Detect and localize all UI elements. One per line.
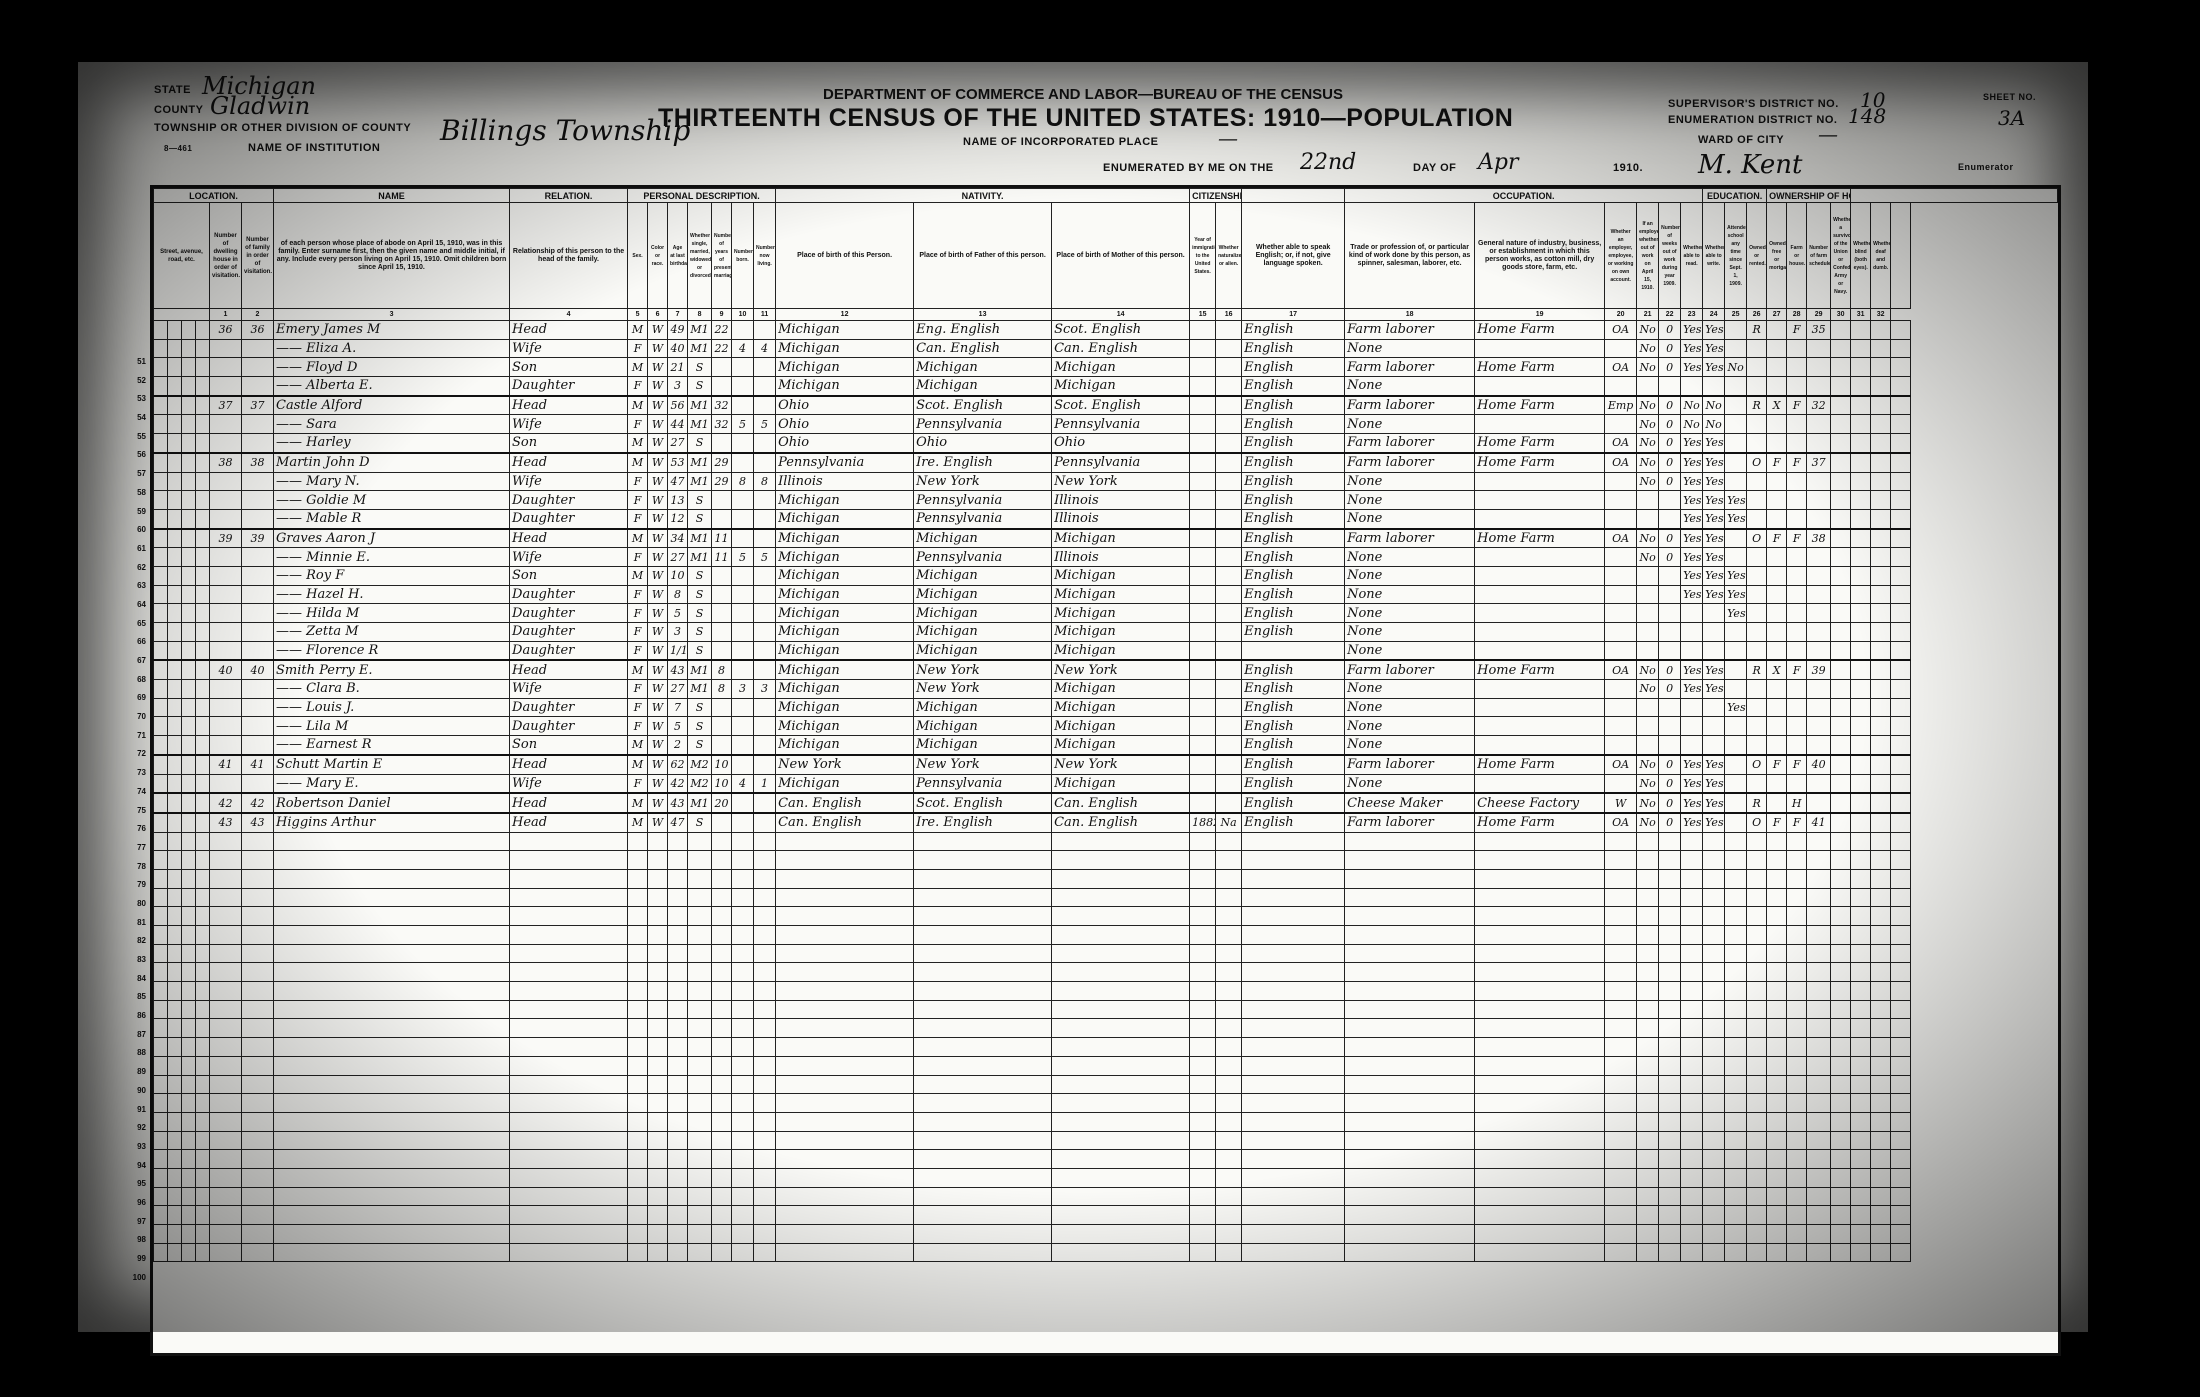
extra-cell bbox=[1871, 774, 1891, 793]
col-out-of-work: If an employee, whether out of work on A… bbox=[1637, 203, 1659, 309]
dwelling-cell bbox=[210, 736, 242, 755]
father-cell: New York bbox=[914, 755, 1052, 774]
sched-cell bbox=[1807, 698, 1831, 717]
table-row: —— Earnest RSonMW2SMichiganMichiganMichi… bbox=[154, 736, 2058, 755]
birth-cell: Michigan bbox=[776, 641, 914, 660]
free-cell: F bbox=[1767, 529, 1787, 548]
sex-cell: M bbox=[628, 566, 648, 585]
trade-cell: Farm laborer bbox=[1345, 529, 1475, 548]
father-cell: Ire. English bbox=[914, 453, 1052, 472]
living-cell bbox=[754, 660, 776, 679]
street-cell bbox=[154, 774, 168, 793]
street-cell bbox=[182, 453, 196, 472]
years-cell: 22 bbox=[712, 339, 732, 358]
group-language bbox=[1242, 189, 1345, 203]
read-cell: Yes bbox=[1681, 472, 1703, 491]
column-number: 18 bbox=[1345, 309, 1475, 321]
mother-cell: Michigan bbox=[1052, 717, 1190, 736]
sex-cell: M bbox=[628, 358, 648, 377]
street-cell bbox=[168, 660, 182, 679]
mother-cell: New York bbox=[1052, 660, 1190, 679]
street-cell bbox=[168, 491, 182, 510]
street-cell bbox=[196, 358, 210, 377]
extra-cell bbox=[1891, 604, 1911, 623]
years-cell bbox=[712, 641, 732, 660]
mother-cell: Pennsylvania bbox=[1052, 415, 1190, 434]
line-number: 100 bbox=[118, 1269, 146, 1288]
name-cell: —— Eliza A. bbox=[274, 339, 510, 358]
born-cell bbox=[732, 434, 754, 453]
relation-cell: Daughter bbox=[510, 717, 628, 736]
farm-cell bbox=[1787, 548, 1807, 567]
column-number: 11 bbox=[754, 309, 776, 321]
free-cell bbox=[1767, 623, 1787, 642]
race-cell: W bbox=[648, 717, 668, 736]
birth-cell: Michigan bbox=[776, 548, 914, 567]
farm-cell: H bbox=[1787, 793, 1807, 813]
extra-cell bbox=[1851, 641, 1871, 660]
oow-cell: No bbox=[1637, 660, 1659, 679]
years-cell: 22 bbox=[712, 321, 732, 340]
free-cell bbox=[1767, 774, 1787, 793]
extra-cell bbox=[1871, 698, 1891, 717]
blank-row bbox=[154, 1056, 2058, 1075]
blank-row bbox=[154, 1000, 2058, 1019]
birth-cell: Michigan bbox=[776, 321, 914, 340]
name-cell: Smith Perry E. bbox=[274, 660, 510, 679]
emp-cell: OA bbox=[1605, 660, 1637, 679]
extra-cell bbox=[1891, 660, 1911, 679]
write-cell: Yes bbox=[1703, 321, 1725, 340]
immig-cell bbox=[1190, 623, 1216, 642]
trade-cell: None bbox=[1345, 548, 1475, 567]
emp-cell bbox=[1605, 377, 1637, 396]
years-cell bbox=[712, 585, 732, 604]
street-cell bbox=[154, 377, 168, 396]
race-cell: W bbox=[648, 491, 668, 510]
wk-cell bbox=[1659, 604, 1681, 623]
father-cell: New York bbox=[914, 680, 1052, 699]
sch-cell: No bbox=[1725, 358, 1747, 377]
sex-cell: F bbox=[628, 548, 648, 567]
industry-cell: Home Farm bbox=[1475, 453, 1605, 472]
born-cell bbox=[732, 491, 754, 510]
write-cell: Yes bbox=[1703, 548, 1725, 567]
sch-cell: Yes bbox=[1725, 491, 1747, 510]
marital-cell: S bbox=[688, 717, 712, 736]
group-nativity: NATIVITY. bbox=[776, 189, 1190, 203]
family-cell: 42 bbox=[242, 793, 274, 813]
own-cell: O bbox=[1747, 813, 1767, 832]
table-row: —— HarleySonMW27SOhioOhioOhioEnglishFarm… bbox=[154, 434, 2058, 453]
extra-cell bbox=[1871, 415, 1891, 434]
institution-label: NAME OF INSTITUTION bbox=[248, 142, 380, 154]
born-cell bbox=[732, 755, 754, 774]
relation-cell: Head bbox=[510, 529, 628, 548]
street-cell bbox=[182, 641, 196, 660]
extra-cell bbox=[1831, 339, 1851, 358]
father-cell: Michigan bbox=[914, 736, 1052, 755]
extra-cell bbox=[1831, 377, 1851, 396]
street-cell bbox=[154, 793, 168, 813]
sched-cell: 41 bbox=[1807, 813, 1831, 832]
street-cell bbox=[182, 321, 196, 340]
census-sheet: STATE Michigan COUNTY Gladwin TOWNSHIP O… bbox=[78, 62, 2088, 1332]
race-cell: W bbox=[648, 377, 668, 396]
wk-cell: 0 bbox=[1659, 548, 1681, 567]
line-number: 72 bbox=[118, 745, 146, 764]
race-cell: W bbox=[648, 358, 668, 377]
table-row: —— Louis J.DaughterFW7SMichiganMichiganM… bbox=[154, 698, 2058, 717]
lang-cell: English bbox=[1242, 529, 1345, 548]
street-cell bbox=[196, 755, 210, 774]
years-cell bbox=[712, 623, 732, 642]
extra-cell bbox=[1891, 321, 1911, 340]
relation-cell: Son bbox=[510, 566, 628, 585]
family-cell bbox=[242, 566, 274, 585]
marital-cell: M1 bbox=[688, 793, 712, 813]
extra-cell bbox=[1851, 813, 1871, 832]
extra-cell bbox=[1891, 548, 1911, 567]
line-number: 78 bbox=[118, 858, 146, 877]
lang-cell: English bbox=[1242, 377, 1345, 396]
name-cell: Schutt Martin E bbox=[274, 755, 510, 774]
marital-cell: S bbox=[688, 566, 712, 585]
extra-cell bbox=[1871, 434, 1891, 453]
industry-cell bbox=[1475, 472, 1605, 491]
mother-cell: Michigan bbox=[1052, 698, 1190, 717]
sch-cell: Yes bbox=[1725, 698, 1747, 717]
marital-cell: S bbox=[688, 604, 712, 623]
trade-cell: None bbox=[1345, 774, 1475, 793]
sch-cell bbox=[1725, 813, 1747, 832]
column-number: 1 bbox=[210, 309, 242, 321]
read-cell: Yes bbox=[1681, 321, 1703, 340]
read-cell: Yes bbox=[1681, 509, 1703, 528]
extra-cell bbox=[1831, 698, 1851, 717]
col-age: Age at last birthday. bbox=[668, 203, 688, 309]
trade-cell: None bbox=[1345, 641, 1475, 660]
free-cell bbox=[1767, 604, 1787, 623]
sex-cell: M bbox=[628, 321, 648, 340]
day-of-label: DAY OF bbox=[1413, 162, 1456, 174]
line-number: 63 bbox=[118, 577, 146, 596]
group-name: NAME bbox=[274, 189, 510, 203]
extra-cell bbox=[1871, 396, 1891, 415]
years-cell bbox=[712, 434, 732, 453]
wk-cell bbox=[1659, 623, 1681, 642]
column-number: 12 bbox=[776, 309, 914, 321]
born-cell bbox=[732, 604, 754, 623]
dwelling-cell: 38 bbox=[210, 453, 242, 472]
street-cell bbox=[168, 548, 182, 567]
street-cell bbox=[182, 717, 196, 736]
years-cell bbox=[712, 377, 732, 396]
marital-cell: S bbox=[688, 585, 712, 604]
table-row: —— SaraWifeFW44M13255OhioPennsylvaniaPen… bbox=[154, 415, 2058, 434]
immig-cell bbox=[1190, 641, 1216, 660]
street-cell bbox=[154, 529, 168, 548]
born-cell bbox=[732, 717, 754, 736]
born-cell: 5 bbox=[732, 548, 754, 567]
own-cell bbox=[1747, 472, 1767, 491]
sch-cell bbox=[1725, 529, 1747, 548]
name-cell: —— Clara B. bbox=[274, 680, 510, 699]
dwelling-cell bbox=[210, 680, 242, 699]
born-cell: 8 bbox=[732, 472, 754, 491]
wk-cell: 0 bbox=[1659, 529, 1681, 548]
born-cell bbox=[732, 698, 754, 717]
own-cell bbox=[1747, 339, 1767, 358]
col-birth-person: Place of birth of this Person. bbox=[776, 203, 914, 309]
family-cell bbox=[242, 509, 274, 528]
age-cell: 27 bbox=[668, 680, 688, 699]
col-free: Owned free or mortgaged. bbox=[1767, 203, 1787, 309]
name-cell: —— Harley bbox=[274, 434, 510, 453]
sex-cell: F bbox=[628, 680, 648, 699]
name-cell: Castle Alford bbox=[274, 396, 510, 415]
write-cell: Yes bbox=[1703, 680, 1725, 699]
street-cell bbox=[168, 377, 182, 396]
free-cell bbox=[1767, 548, 1787, 567]
oow-cell: No bbox=[1637, 415, 1659, 434]
line-number: 58 bbox=[118, 484, 146, 503]
lang-cell: English bbox=[1242, 415, 1345, 434]
street-cell bbox=[168, 604, 182, 623]
col-years-married: Number of years of present marriage. bbox=[712, 203, 732, 309]
mother-cell: Michigan bbox=[1052, 604, 1190, 623]
emp-cell bbox=[1605, 774, 1637, 793]
line-number: 53 bbox=[118, 390, 146, 409]
lang-cell: English bbox=[1242, 358, 1345, 377]
extra-cell bbox=[1891, 641, 1911, 660]
living-cell bbox=[754, 566, 776, 585]
column-number: 6 bbox=[648, 309, 668, 321]
race-cell: W bbox=[648, 813, 668, 832]
nat-cell bbox=[1216, 548, 1242, 567]
line-number: 56 bbox=[118, 446, 146, 465]
oow-cell: No bbox=[1637, 434, 1659, 453]
sex-cell: F bbox=[628, 623, 648, 642]
ward-label: WARD OF CITY bbox=[1698, 134, 1784, 146]
born-cell bbox=[732, 660, 754, 679]
column-number: 19 bbox=[1475, 309, 1605, 321]
enumeration-district-label: ENUMERATION DISTRICT NO. bbox=[1668, 114, 1837, 126]
born-cell: 4 bbox=[732, 774, 754, 793]
born-cell bbox=[732, 377, 754, 396]
age-cell: 40 bbox=[668, 339, 688, 358]
free-cell bbox=[1767, 321, 1787, 340]
nat-cell bbox=[1216, 623, 1242, 642]
wk-cell bbox=[1659, 585, 1681, 604]
street-cell bbox=[182, 623, 196, 642]
father-cell: Can. English bbox=[914, 339, 1052, 358]
col-family: Number of family in order of visitation. bbox=[242, 203, 274, 309]
father-cell: Scot. English bbox=[914, 793, 1052, 813]
mother-cell: Michigan bbox=[1052, 680, 1190, 699]
own-cell bbox=[1747, 736, 1767, 755]
line-number: 70 bbox=[118, 708, 146, 727]
group-ownership: OWNERSHIP OF HOME. bbox=[1767, 189, 1851, 203]
street-cell bbox=[182, 529, 196, 548]
wk-cell bbox=[1659, 377, 1681, 396]
emp-cell: OA bbox=[1605, 434, 1637, 453]
sched-cell bbox=[1807, 472, 1831, 491]
age-cell: 47 bbox=[668, 813, 688, 832]
extra-cell bbox=[1891, 680, 1911, 699]
family-cell bbox=[242, 548, 274, 567]
father-cell: Ohio bbox=[914, 434, 1052, 453]
marital-cell: S bbox=[688, 813, 712, 832]
table-row: 3939Graves Aaron JHeadMW34M111MichiganMi… bbox=[154, 529, 2058, 548]
sex-cell: M bbox=[628, 736, 648, 755]
street-cell bbox=[168, 623, 182, 642]
dwelling-cell: 43 bbox=[210, 813, 242, 832]
extra-cell bbox=[1831, 604, 1851, 623]
nat-cell bbox=[1216, 585, 1242, 604]
father-cell: Pennsylvania bbox=[914, 509, 1052, 528]
dwelling-cell bbox=[210, 641, 242, 660]
relation-cell: Daughter bbox=[510, 491, 628, 510]
oow-cell: No bbox=[1637, 548, 1659, 567]
street-cell bbox=[182, 680, 196, 699]
family-cell bbox=[242, 491, 274, 510]
free-cell: X bbox=[1767, 396, 1787, 415]
table-row: 4242Robertson DanielHeadMW43M120Can. Eng… bbox=[154, 793, 2058, 813]
marital-cell: S bbox=[688, 434, 712, 453]
street-cell bbox=[154, 736, 168, 755]
free-cell bbox=[1767, 415, 1787, 434]
sch-cell bbox=[1725, 415, 1747, 434]
farm-cell: F bbox=[1787, 755, 1807, 774]
birth-cell: Can. English bbox=[776, 793, 914, 813]
farm-cell: F bbox=[1787, 660, 1807, 679]
emp-cell bbox=[1605, 680, 1637, 699]
family-cell bbox=[242, 358, 274, 377]
oow-cell bbox=[1637, 641, 1659, 660]
family-cell: 41 bbox=[242, 755, 274, 774]
line-number: 82 bbox=[118, 932, 146, 951]
street-cell bbox=[196, 793, 210, 813]
blank-row bbox=[154, 1168, 2058, 1187]
family-cell: 40 bbox=[242, 660, 274, 679]
sex-cell: M bbox=[628, 660, 648, 679]
birth-cell: Michigan bbox=[776, 509, 914, 528]
street-cell bbox=[182, 339, 196, 358]
nat-cell bbox=[1216, 377, 1242, 396]
industry-cell bbox=[1475, 698, 1605, 717]
write-cell: Yes bbox=[1703, 509, 1725, 528]
wk-cell: 0 bbox=[1659, 472, 1681, 491]
dwelling-cell bbox=[210, 434, 242, 453]
lang-cell: English bbox=[1242, 566, 1345, 585]
trade-cell: None bbox=[1345, 491, 1475, 510]
free-cell bbox=[1767, 680, 1787, 699]
extra-cell bbox=[1891, 377, 1911, 396]
write-cell: Yes bbox=[1703, 434, 1725, 453]
age-cell: 8 bbox=[668, 585, 688, 604]
state-label: STATE bbox=[154, 84, 191, 96]
supervisor-district-label: SUPERVISOR'S DISTRICT NO. bbox=[1668, 98, 1839, 110]
extra-cell bbox=[1891, 453, 1911, 472]
father-cell: Pennsylvania bbox=[914, 415, 1052, 434]
name-cell: Martin John D bbox=[274, 453, 510, 472]
dwelling-cell bbox=[210, 585, 242, 604]
trade-cell: Farm laborer bbox=[1345, 396, 1475, 415]
farm-cell bbox=[1787, 623, 1807, 642]
family-cell: 43 bbox=[242, 813, 274, 832]
blank-row bbox=[154, 1225, 2058, 1244]
immig-cell bbox=[1190, 472, 1216, 491]
sched-cell bbox=[1807, 585, 1831, 604]
extra-cell bbox=[1851, 377, 1871, 396]
line-number: 81 bbox=[118, 914, 146, 933]
extra-cell bbox=[1831, 453, 1851, 472]
read-cell: Yes bbox=[1681, 434, 1703, 453]
lang-cell: English bbox=[1242, 755, 1345, 774]
nat-cell bbox=[1216, 491, 1242, 510]
race-cell: W bbox=[648, 585, 668, 604]
street-cell bbox=[196, 453, 210, 472]
write-cell bbox=[1703, 698, 1725, 717]
name-cell: —— Hilda M bbox=[274, 604, 510, 623]
relation-cell: Son bbox=[510, 434, 628, 453]
own-cell bbox=[1747, 566, 1767, 585]
free-cell bbox=[1767, 698, 1787, 717]
lang-cell: English bbox=[1242, 321, 1345, 340]
relation-cell: Wife bbox=[510, 774, 628, 793]
mother-cell: Scot. English bbox=[1052, 396, 1190, 415]
age-cell: 44 bbox=[668, 415, 688, 434]
line-number: 69 bbox=[118, 689, 146, 708]
street-cell bbox=[154, 396, 168, 415]
living-cell bbox=[754, 491, 776, 510]
street-cell bbox=[168, 358, 182, 377]
emp-cell bbox=[1605, 339, 1637, 358]
immig-cell bbox=[1190, 491, 1216, 510]
sched-cell bbox=[1807, 434, 1831, 453]
mother-cell: Michigan bbox=[1052, 566, 1190, 585]
extra-cell bbox=[1871, 548, 1891, 567]
emp-cell: OA bbox=[1605, 755, 1637, 774]
dwelling-cell bbox=[210, 491, 242, 510]
marital-cell: S bbox=[688, 358, 712, 377]
relation-cell: Head bbox=[510, 396, 628, 415]
col-race: Color or race. bbox=[648, 203, 668, 309]
line-number: 79 bbox=[118, 876, 146, 895]
name-cell: —— Hazel H. bbox=[274, 585, 510, 604]
race-cell: W bbox=[648, 472, 668, 491]
age-cell: 43 bbox=[668, 793, 688, 813]
line-number: 91 bbox=[118, 1101, 146, 1120]
col-dwelling: Number of dwelling house in order of vis… bbox=[210, 203, 242, 309]
born-cell bbox=[732, 321, 754, 340]
marital-cell: S bbox=[688, 698, 712, 717]
birth-cell: Michigan bbox=[776, 529, 914, 548]
father-cell: Michigan bbox=[914, 529, 1052, 548]
blank-row bbox=[154, 982, 2058, 1001]
street-cell bbox=[196, 680, 210, 699]
name-cell: —— Goldie M bbox=[274, 491, 510, 510]
extra-cell bbox=[1851, 491, 1871, 510]
extra-cell bbox=[1851, 793, 1871, 813]
sch-cell bbox=[1725, 321, 1747, 340]
nat-cell bbox=[1216, 641, 1242, 660]
oow-cell: No bbox=[1637, 339, 1659, 358]
father-cell: Michigan bbox=[914, 604, 1052, 623]
farm-cell bbox=[1787, 566, 1807, 585]
industry-cell bbox=[1475, 774, 1605, 793]
